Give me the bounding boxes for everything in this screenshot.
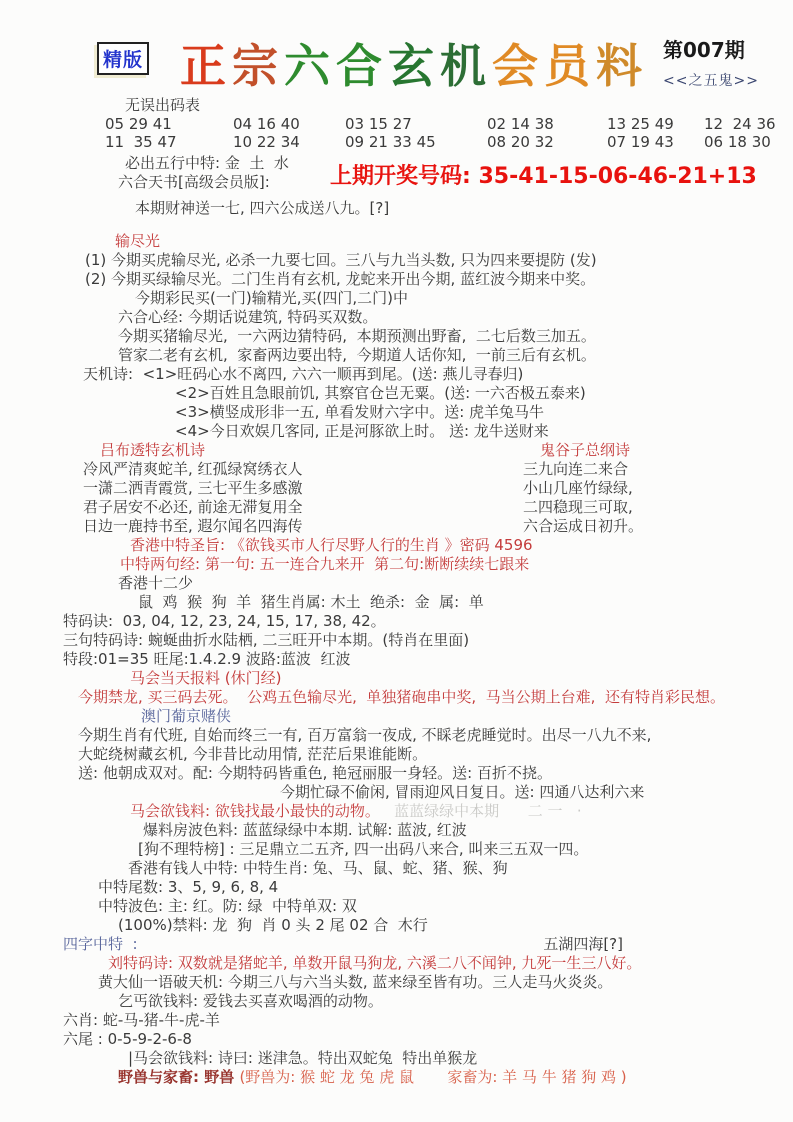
text-line: 爆料房波色料: 蓝蓝绿绿中本期. 试解: 蓝波, 红波 [143,821,793,840]
last-draw-numbers: 上期开奖号码: 35-41-15-06-46-21+13 [330,159,757,190]
issue-block: 第007期 <<之五鬼>> [663,34,759,90]
text-line: 野兽与家畜: 野兽 (野兽为: 猴 蛇 龙 兔 虎 鼠 家畜为: 羊 马 牛 猪… [118,1068,793,1087]
text-line: 特段:01=35 旺尾:1.4.2.9 波路:蓝波 红波 [63,650,793,669]
code-cell: 09 21 33 45 [345,133,487,151]
text-line: 特码诀: 03, 04, 12, 23, 24, 15, 17, 38, 42。 [63,612,793,631]
title-char: 合 [336,39,388,93]
page-title: 正宗六合玄机会员料 [180,30,648,96]
text-line: <2>百姓且急眼前饥, 其察官仓岂无粟。(送: 一六否极五泰来) [175,384,793,403]
poem-columns: 吕布透特玄机诗冷风严清爽蛇羊, 红孤绿窝绣衣人一潇二洒青霞赏, 三七平生多感激君… [63,441,793,536]
text-line: 六尾 : 0-5-9-2-6-8 [63,1030,793,1049]
text-line: 六肖: 蛇-马-猪-牛-虎-羊 [63,1011,793,1030]
split-left: 四字中特 : [63,935,138,954]
text-line: 中特尾数: 3、5, 9, 6, 8, 4 [98,878,793,897]
text-line: 今期禁龙, 买三码去死。 公鸡五色输尽光, 单独猪砲串中奖, 马当公期上台难, … [78,688,793,707]
title-char: 六 [284,39,336,93]
title-char: 会 [492,39,544,93]
poem-line: 冷风严清爽蛇羊, 红孤绿窝绣衣人 [83,460,503,479]
code-cell: 04 16 40 [233,115,345,133]
code-cell: 11 35 47 [105,133,233,151]
poem-right-heading: 鬼谷子总纲诗 [540,441,643,460]
code-cell: 10 22 34 [233,133,345,151]
text-line: (2) 今期买绿输尽光。二门生肖有玄机, 龙蛇来开出今期, 蓝红波今期来中奖。 [85,270,793,289]
preamble: 必出五行中特: 金 土 水 六合天书[高级会员版]: 本期财神送一七, 四六公成… [0,151,793,218]
text-line: [狗不理特榜] : 三足鼎立二五齐, 四一出码八来合, 叫来三五双一四。 [138,840,793,859]
text-line: 今期彩民买(一门)输精光,买(四门,二门)中 [135,289,793,308]
title-char: 正 [180,39,232,93]
text-line: 大蛇绕树藏玄机, 今非昔比动用情, 茫茫后果谁能断。 [78,745,793,764]
text-line: (100%)禁料: 龙 狗 肖 0 头 2 尾 02 合 木行 [118,916,793,935]
issue-number: 第007期 [663,34,759,63]
text-line: 六合心经: 今期话说建筑, 特码买双数。 [118,308,793,327]
text-line: 天机诗: <1>旺码心水不离四, 六六一顺再到尾。(送: 燕儿寻春归) [83,365,793,384]
text-segment: 蓝蓝绿绿中本期 二 一 · [380,802,582,820]
code-cell: 07 19 43 [607,133,704,151]
text-line: 黄大仙一语破天机: 今期三八与六当头数, 蓝来绿至皆有功。三人走马火炎炎。 [98,973,793,992]
title-char: 玄 [388,39,440,93]
text-line: |马会欲钱料: 诗曰: 迷津急。特出双蛇兔 特出单猴龙 [128,1049,793,1068]
poem-line: 六合运成日初升。 [523,517,643,536]
text-line: 今期忙碌不偷闲, 冒雨迎风日复日。送: 四通八达利六来 [280,783,793,802]
code-cell: 03 15 27 [345,115,487,133]
code-row: 05 29 4104 16 4003 15 2702 14 3813 25 49… [0,115,793,133]
text-line: 香港十二少 [118,574,793,593]
code-cell: 06 18 30 [704,133,793,151]
text-segment: 家畜为: 羊 马 牛 猪 狗 鸡 ) [414,1068,627,1086]
caishen-line: 本期财神送一七, 四六公成送八九。[?] [135,199,793,218]
text-line: 鼠 鸡 猴 狗 羊 猪生肖属: 木土 绝杀: 金 属: 单 [138,593,793,612]
code-cell: 08 20 32 [487,133,607,151]
code-cell: 05 29 41 [105,115,233,133]
text-line: 中特两句经: 第一句: 五一连合九来开 第二句:断断续续七跟来 [120,555,793,574]
poem-line: 一潇二洒青霞赏, 三七平生多感激 [83,479,503,498]
title-char: 员 [544,39,596,93]
section-heading-aomen: 澳门葡京赌侠 [141,707,793,726]
text-line: 今期买猪输尽光, 一六两边猜特码, 本期预测出野畜, 二七后数三加五。 [118,327,793,346]
text-line: 今期生肖有代班, 自始而终三一有, 百万富翁一夜成, 不睬老虎睡觉时。出尽一八九… [78,726,793,745]
text-line: 中特波色: 主: 红。防: 绿 中特单双: 双 [98,897,793,916]
title-char: 料 [596,39,648,93]
title-char: 机 [440,39,492,93]
code-cell: 02 14 38 [487,115,607,133]
code-cell: 12 24 36 [704,115,793,133]
poem-line: 二四稳现三可取, [523,498,643,517]
poem-line: 小山几座竹绿绿, [523,479,643,498]
split-right: 五湖四海[?] [543,935,623,954]
text-line: 乞丐欲钱料: 爱钱去买喜欢喝酒的动物。 [118,992,793,1011]
poem-line: 三九向连二来合 [523,460,643,479]
text-line: 香港有钱人中特: 中特生肖: 兔、马、鼠、蛇、猪、猴、狗 [128,859,793,878]
text-line: 四字中特 :五湖四海[?] [63,935,793,954]
poem-left-heading: 吕布透特玄机诗 [100,441,503,460]
text-line: 刘特码诗: 双数就是猪蛇羊, 单数开鼠马狗龙, 六溪二八不闻钟, 九死一生三八好… [108,954,793,973]
text-line: 送: 他朝成双对。配: 今期特码皆重色, 艳冠丽服一身轻。送: 百折不挠。 [78,764,793,783]
text-line: (1) 今期买虎输尽光, 必杀一九要七回。三八与九当头数, 只为四来要提防 (发… [85,251,793,270]
text-segment: 马会欲钱料: 欲钱找最小最快的动物。 [130,802,380,820]
text-line: 管家二老有玄机, 家畜两边要出特, 今期道人话你知, 一前三后有玄机。 [118,346,793,365]
edition-badge: 精版 [97,42,149,75]
text-line: 马会欲钱料: 欲钱找最小最快的动物。 蓝蓝绿绿中本期 二 一 · [130,802,793,821]
tips-body: 输尽光(1) 今期买虎输尽光, 必杀一九要七回。三八与九当头数, 只为四来要提防… [0,218,793,1087]
text-segment: 野兽与家畜: 野兽 [118,1068,239,1086]
poem-right: 鬼谷子总纲诗三九向连二来合小山几座竹绿绿,二四稳现三可取,六合运成日初升。 [523,441,643,536]
text-line: 香港中特圣旨: 《欲钱买市人行尽野人行的生肖 》密码 4596 [130,536,793,555]
header: 精版 正宗六合玄机会员料 第007期 <<之五鬼>> [0,0,793,94]
text-segment: (野兽为: 猴 蛇 龙 兔 虎 鼠 [239,1068,414,1086]
code-table-title: 无误出码表 [125,96,793,115]
text-line: 三句特码诗: 蜿蜒曲折水陆栖, 二三旺开中本期。(特肖在里面) [63,631,793,650]
title-char: 宗 [232,39,284,93]
section-heading-shujinguang: 输尽光 [115,232,793,251]
issue-subtitle: <<之五鬼>> [663,70,759,90]
code-table: 无误出码表 05 29 4104 16 4003 15 2702 14 3813… [0,94,793,151]
code-row: 11 35 4710 22 3409 21 33 4508 20 3207 19… [0,133,793,151]
poem-left: 吕布透特玄机诗冷风严清爽蛇羊, 红孤绿窝绣衣人一潇二洒青霞赏, 三七平生多感激君… [83,441,503,536]
text-line: <4>今日欢娱几客同, 正是河豚欲上时。 送: 龙牛送财来 [175,422,793,441]
poem-line: 日边一鹿持书至, 遐尔闻名四海传 [83,517,503,536]
code-cell: 13 25 49 [607,115,704,133]
page: 精版 正宗六合玄机会员料 第007期 <<之五鬼>> 无误出码表 05 29 4… [0,0,793,1122]
text-line: <3>横竖成形非一五, 单看发财六字中。送: 虎羊兔马牛 [175,403,793,422]
poem-line: 君子居安不必还, 前途无滞复用全 [83,498,503,517]
section-heading-mahui-baoliao: 马会当天报料 (休门经) [130,669,793,688]
